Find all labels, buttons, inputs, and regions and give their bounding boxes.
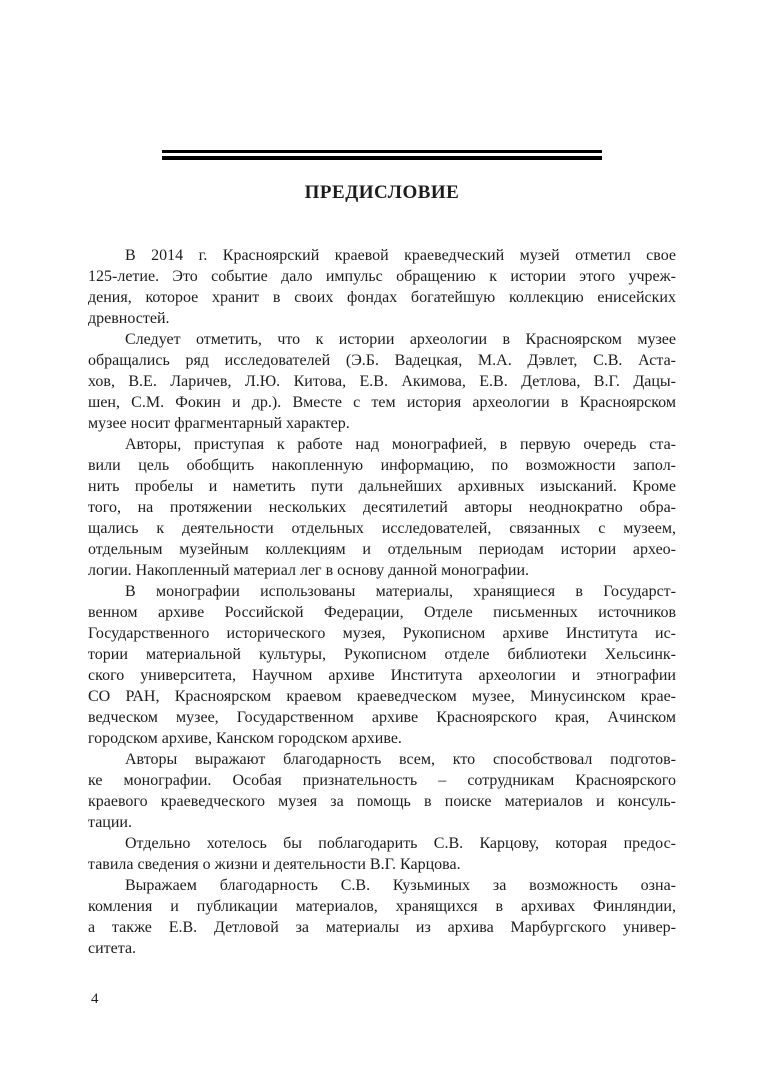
text-line: краевого краеведческого музея за помощь …	[88, 791, 676, 812]
text-line: комления и публикации материалов, хранящ…	[88, 896, 676, 917]
text-line: В монографии использованы материалы, хра…	[88, 581, 676, 602]
text-line: Авторы выражают благодарность всем, кто …	[88, 749, 676, 770]
paragraph: Авторы, приступая к работе над монографи…	[88, 434, 676, 581]
text-line: нить пробелы и наметить пути дальнейших …	[88, 476, 676, 497]
header-double-rule	[162, 150, 602, 160]
text-line: обращались ряд исследователей (Э.Б. Ваде…	[88, 350, 676, 371]
page-number: 4	[91, 990, 99, 1008]
chapter-title: ПРЕДИСЛОВИЕ	[88, 181, 676, 205]
text-line: городском архиве, Канском городском архи…	[88, 728, 676, 749]
text-line: Авторы, приступая к работе над монографи…	[88, 434, 676, 455]
text-line: отдельным музейным коллекциям и отдельны…	[88, 539, 676, 560]
text-line: тации.	[88, 812, 676, 833]
text-line: 125-летие. Это событие дало импульс обра…	[88, 266, 676, 287]
text-line: ситета.	[88, 938, 676, 959]
text-line: ведческом музее, Государственном архиве …	[88, 707, 676, 728]
text-line: ке монографии. Особая признательность – …	[88, 770, 676, 791]
text-line: дения, которое хранит в своих фондах бог…	[88, 287, 676, 308]
text-line: вили цель обобщить накопленную информаци…	[88, 455, 676, 476]
text-line: тории материальной культуры, Рукописном …	[88, 644, 676, 665]
body-text: В 2014 г. Красноярский краевой краеведче…	[88, 245, 676, 959]
rule-bottom-line	[162, 156, 602, 160]
paragraph: Отдельно хотелось бы поблагодарить С.В. …	[88, 833, 676, 875]
text-line: хов, В.Е. Ларичев, Л.Ю. Китова, Е.В. Аки…	[88, 371, 676, 392]
paragraph: Авторы выражают благодарность всем, кто …	[88, 749, 676, 833]
paragraph: Выражаем благодарность С.В. Кузьминых за…	[88, 875, 676, 959]
text-line: музее носит фрагментарный характер.	[88, 413, 676, 434]
text-line: Выражаем благодарность С.В. Кузьминых за…	[88, 875, 676, 896]
text-line: логии. Накопленный материал лег в основу…	[88, 560, 676, 581]
text-line: Отдельно хотелось бы поблагодарить С.В. …	[88, 833, 676, 854]
text-line: Следует отметить, что к истории археолог…	[88, 329, 676, 350]
rule-top-line	[162, 150, 602, 153]
text-line: ского университета, Научном архиве Инсти…	[88, 665, 676, 686]
text-line: тавила сведения о жизни и деятельности В…	[88, 854, 676, 875]
text-line: венном архиве Российской Федерации, Отде…	[88, 602, 676, 623]
text-line: того, на протяжении нескольких десятилет…	[88, 497, 676, 518]
text-line: щались к деятельности отдельных исследов…	[88, 518, 676, 539]
text-line: СО РАН, Красноярском краевом краеведческ…	[88, 686, 676, 707]
paragraph: В 2014 г. Красноярский краевой краеведче…	[88, 245, 676, 329]
text-line: древностей.	[88, 308, 676, 329]
text-line: а также Е.В. Детловой за материалы из ар…	[88, 917, 676, 938]
text-line: В 2014 г. Красноярский краевой краеведче…	[88, 245, 676, 266]
book-page: ПРЕДИСЛОВИЕ В 2014 г. Красноярский краев…	[0, 0, 764, 1080]
text-line: Государственного исторического музея, Ру…	[88, 623, 676, 644]
text-line: шен, С.М. Фокин и др.). Вместе с тем ист…	[88, 392, 676, 413]
paragraph: Следует отметить, что к истории археолог…	[88, 329, 676, 434]
paragraph: В монографии использованы материалы, хра…	[88, 581, 676, 749]
